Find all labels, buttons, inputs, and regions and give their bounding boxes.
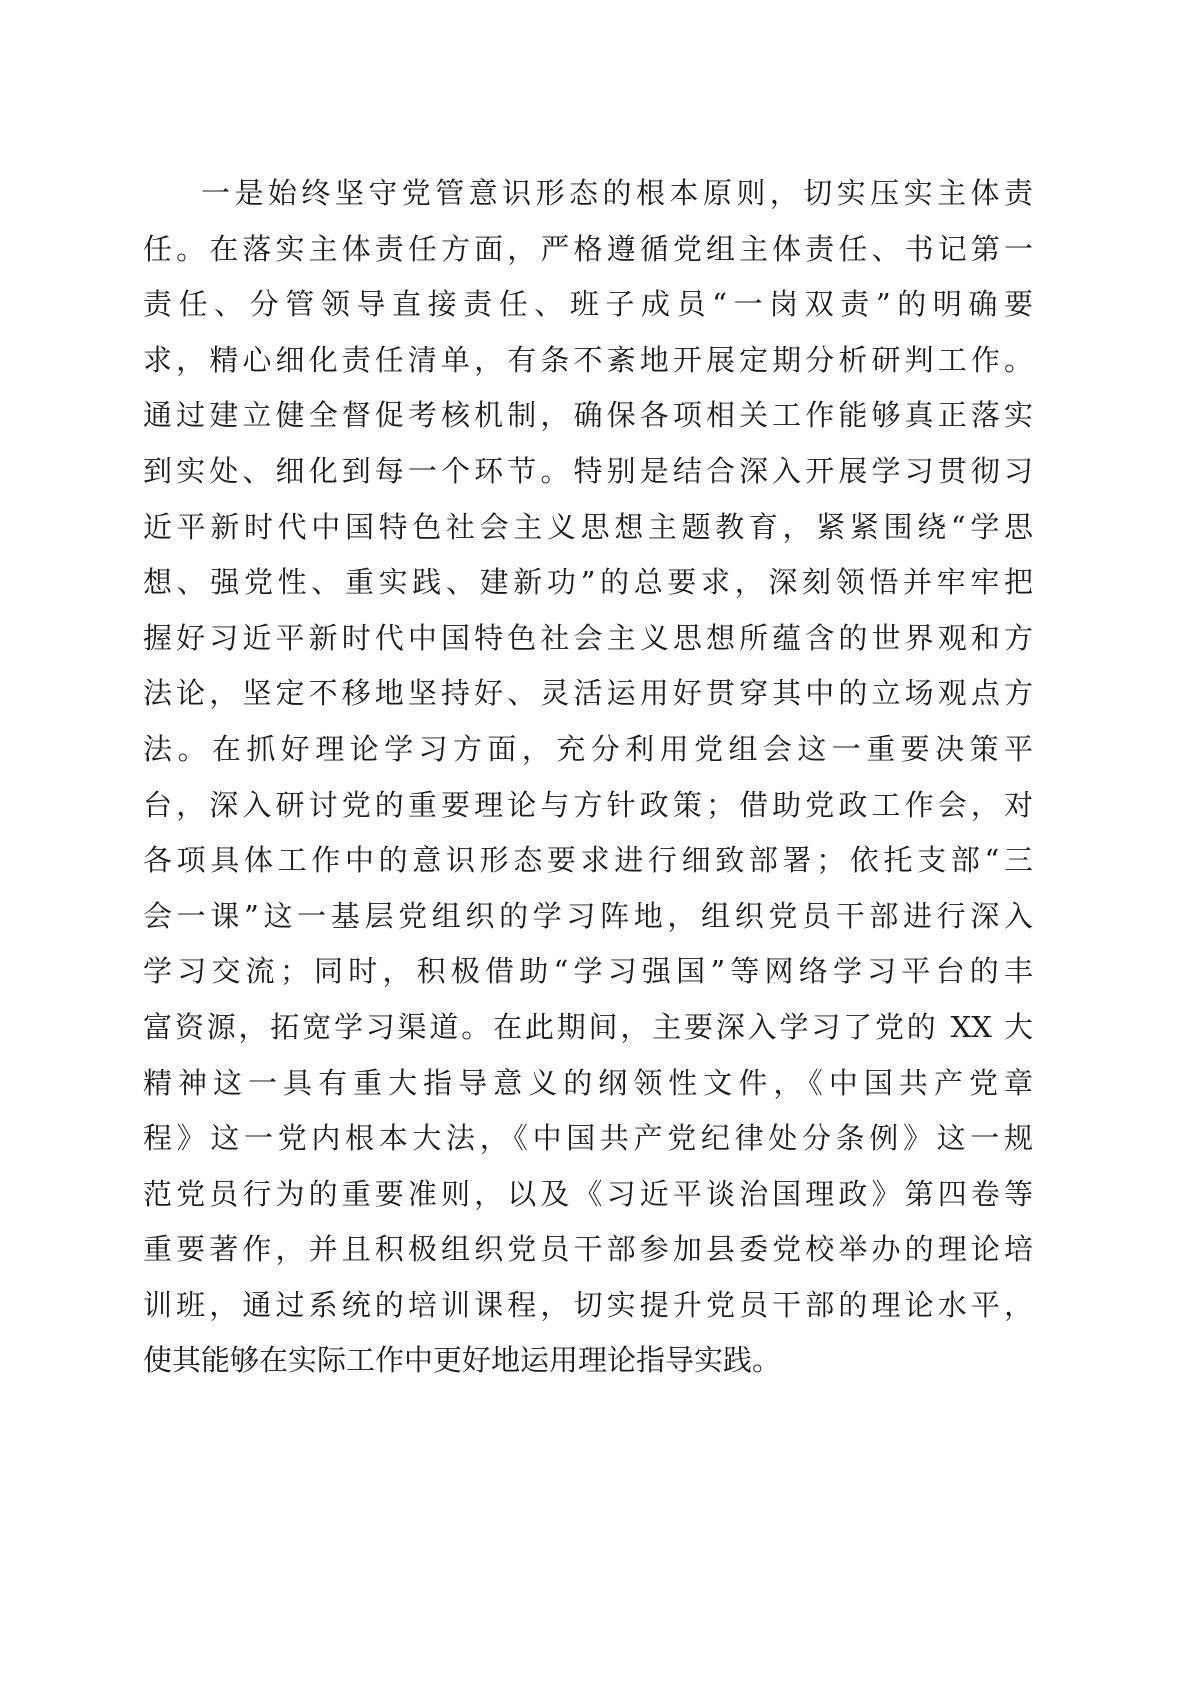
paragraph-line: 使其能够在实际工作中更好地运用理论指导实践。 (143, 1333, 1033, 1389)
body-paragraph: 一是始终坚守党管意识形态的根本原则，切实压实主体责 任。在落实主体责任方面，严格… (143, 166, 1033, 1389)
paragraph-line: 责任、分管领导直接责任、班子成员“一岗双责”的明确要 (143, 277, 1033, 333)
paragraph-line: 训班，通过系统的培训课程，切实提升党员干部的理论水平， (143, 1278, 1033, 1334)
paragraph-line: 任。在落实主体责任方面，严格遵循党组主体责任、书记第一 (143, 222, 1033, 278)
paragraph-line: 范党员行为的重要准则，以及《习近平谈治国理政》第四卷等 (143, 1167, 1033, 1223)
paragraph-line: 法论，坚定不移地坚持好、灵活运用好贯穿其中的立场观点方 (143, 666, 1033, 722)
paragraph-line: 近平新时代中国特色社会主义思想主题教育，紧紧围绕“学思 (143, 500, 1033, 556)
paragraph-line: 重要著作，并且积极组织党员干部参加县委党校举办的理论培 (143, 1222, 1033, 1278)
paragraph-line: 会一课”这一基层党组织的学习阵地，组织党员干部进行深入 (143, 889, 1033, 945)
paragraph-line: 台，深入研讨党的重要理论与方针政策；借助党政工作会，对 (143, 778, 1033, 834)
paragraph-line: 一是始终坚守党管意识形态的根本原则，切实压实主体责 (143, 166, 1033, 222)
paragraph-line: 精神这一具有重大指导意义的纲领性文件，《中国共产党章 (143, 1056, 1033, 1112)
paragraph-line: 求，精心细化责任清单，有条不紊地开展定期分析研判工作。 (143, 333, 1033, 389)
paragraph-line: 程》这一党内根本大法，《中国共产党纪律处分条例》这一规 (143, 1111, 1033, 1167)
paragraph-line: 各项具体工作中的意识形态要求进行细致部署；依托支部“三 (143, 833, 1033, 889)
paragraph-line: 法。在抓好理论学习方面，充分利用党组会这一重要决策平 (143, 722, 1033, 778)
paragraph-line: 握好习近平新时代中国特色社会主义思想所蕴含的世界观和方 (143, 611, 1033, 667)
paragraph-line: 想、强党性、重实践、建新功”的总要求，深刻领悟并牢牢把 (143, 555, 1033, 611)
paragraph-line: 到实处、细化到每一个环节。特别是结合深入开展学习贯彻习 (143, 444, 1033, 500)
document-page: 一是始终坚守党管意识形态的根本原则，切实压实主体责 任。在落实主体责任方面，严格… (0, 0, 1190, 1683)
paragraph-line: 学习交流；同时，积极借助“学习强国”等网络学习平台的丰 (143, 944, 1033, 1000)
paragraph-line: 通过建立健全督促考核机制，确保各项相关工作能够真正落实 (143, 388, 1033, 444)
paragraph-line: 富资源，拓宽学习渠道。在此期间，主要深入学习了党的 XX 大 (143, 1000, 1033, 1056)
